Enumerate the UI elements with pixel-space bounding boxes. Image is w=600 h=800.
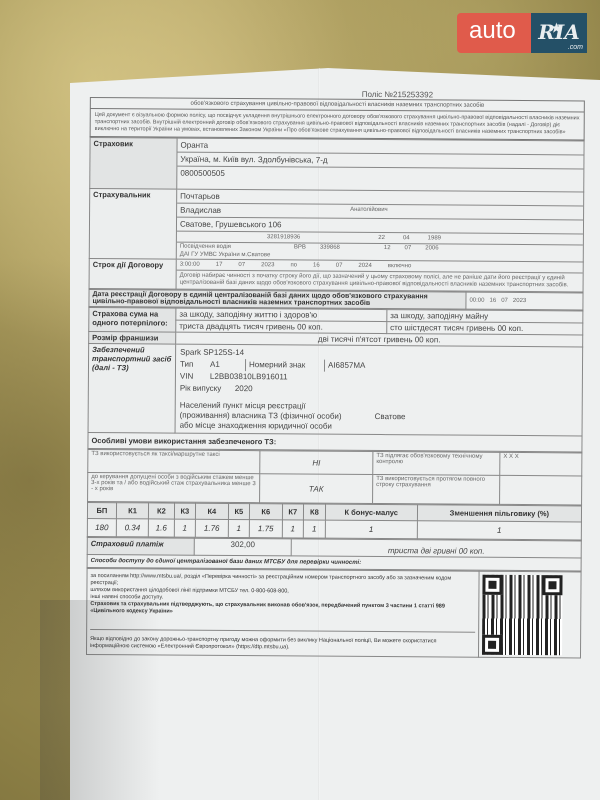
inspection-label: ТЗ підлягає обов'язковому технічному кон…: [373, 451, 500, 475]
vehicle-type: A1: [210, 359, 245, 371]
insurer-table: Страховик Оранта Україна, м. Київ вул. З…: [89, 137, 585, 292]
deductible-label: Розмір франшизи: [89, 331, 176, 344]
vehicle-type-label: Тип: [180, 359, 210, 371]
inexperienced-value: ТАК: [260, 474, 373, 504]
coef-header: К3: [174, 503, 196, 519]
birth-month: 04: [403, 235, 410, 241]
term-note: Договір набирає чинності з початку строк…: [177, 271, 583, 292]
coef-header: К2: [149, 503, 174, 519]
insurer-phone: 0800500505: [177, 167, 583, 183]
birth-year: 1989: [428, 235, 441, 241]
vehicle-year-label: Рік випуску: [180, 383, 235, 395]
inexperienced-label: до керування допущені особи з водійським…: [88, 472, 260, 502]
coef-header: К4: [196, 503, 228, 519]
payment-words: триста дві гривні 00 коп.: [291, 539, 581, 558]
license-series: ВРВ: [294, 244, 306, 250]
vehicle-plate-label: Номерний знак: [245, 359, 324, 372]
payment-amount: 302,00: [194, 538, 291, 556]
term-to-word: по: [290, 262, 297, 268]
payment-label: Страховий платіж: [87, 537, 194, 555]
full-term-value: [500, 475, 582, 505]
license-day: 12: [384, 245, 391, 251]
term-from-year: 2023: [261, 262, 274, 268]
term-from-day: 17: [216, 262, 223, 268]
coef-header: К7: [282, 504, 304, 520]
coef-header: БП: [87, 502, 116, 518]
coef-value: 1: [303, 520, 325, 538]
verification-table: за посиланням http://www.mtsbu.ua/, розд…: [86, 568, 582, 658]
vehicle-vin: L2BB03810LB916011: [210, 371, 288, 384]
coefficients-table: БПК1К2К3К4К5К6К7К8К бонус-малусЗменшення…: [87, 502, 582, 540]
watermark-ria: ★ RIA .com: [531, 13, 587, 53]
registration-year: 2023: [513, 298, 526, 304]
policyholder-name: Владислав: [180, 206, 350, 216]
qr-finder-top-right: [542, 575, 562, 595]
insurer-label: Страховик: [90, 138, 177, 190]
coef-value: 1.6: [149, 519, 174, 537]
taxi-label: ТЗ використовується як таксі/маршрутне т…: [88, 449, 260, 473]
conditions-table: ТЗ використовується як таксі/маршрутне т…: [87, 449, 582, 505]
coef-header: К бонус-малус: [325, 504, 417, 521]
coef-value: 180: [87, 518, 116, 536]
term-from-time: 3:00:00: [180, 262, 200, 268]
vehicle-place: Сватове: [375, 411, 406, 423]
license-label: Посвідчення водія: [180, 244, 280, 251]
coef-header: К8: [304, 504, 326, 520]
coef-header: К6: [250, 504, 282, 520]
registration-day: 16: [489, 298, 496, 304]
coef-value: 1: [417, 521, 581, 540]
coef-header: К5: [228, 503, 250, 519]
term-to-month: 07: [336, 263, 343, 269]
license-month: 07: [405, 245, 412, 251]
sum-insured-table: Страхова сума на одного потерпілого: за …: [88, 307, 584, 436]
term-to-year: 2024: [358, 263, 371, 269]
coef-value: 1: [325, 520, 417, 539]
term-to-day: 16: [313, 263, 320, 269]
coef-header: Зменшення пільговику (%): [417, 505, 581, 522]
coef-value: 0.34: [116, 519, 148, 537]
inspection-value: X X X: [500, 452, 582, 476]
license-year: 2006: [425, 245, 438, 251]
vehicle-plate: AI6857MA: [324, 360, 365, 372]
registration-month: 07: [501, 298, 508, 304]
qr-code[interactable]: [482, 574, 563, 655]
policy-intro: Цей документ є візуальною формою полісу,…: [90, 109, 585, 140]
coef-value: 1.75: [249, 520, 281, 538]
policyholder-label: Страхувальник: [89, 189, 176, 260]
license-number: 339868: [320, 245, 340, 251]
birth-day: 22: [378, 235, 385, 241]
insurance-policy: Поліс №215253392 обов'язкового страхуван…: [86, 80, 585, 658]
taxi-value: НІ: [260, 451, 373, 475]
qr-finder-top-left: [482, 574, 502, 594]
vehicle-vin-label: VIN: [180, 371, 210, 383]
term-label: Строк дії Договору: [89, 258, 176, 289]
coef-value: 1: [174, 519, 196, 537]
watermark-domain: .com: [568, 44, 583, 52]
qr-finder-bottom-left: [482, 634, 502, 654]
shadow-overlay: [40, 600, 160, 800]
vehicle-year: 2020: [235, 383, 253, 395]
policyholder-tax-id: 3281918936: [267, 234, 300, 240]
full-term-label: ТЗ використовується протягом повного стр…: [373, 474, 500, 504]
term-inclusive: включно: [388, 263, 412, 269]
term-from-month: 07: [238, 262, 245, 268]
coef-value: 1: [228, 519, 250, 537]
autoria-watermark: auto ★ RIA .com: [457, 13, 587, 53]
sum-insured-label: Страхова сума на одного потерпілого:: [89, 307, 176, 332]
star-icon: ★: [551, 9, 562, 47]
watermark-auto: auto: [457, 13, 531, 53]
policyholder-patronymic: Анатолійович: [350, 207, 388, 216]
coef-value: 1.76: [195, 519, 227, 537]
vehicle-label: Забезпечений транспортний засіб (далі - …: [88, 343, 176, 433]
coef-header: К1: [116, 503, 148, 519]
coef-value: 1: [282, 520, 304, 538]
registration-time: 00:00: [469, 298, 484, 304]
vehicle-place-label: Населений пункт місця реєстрації (прожив…: [180, 401, 350, 432]
registration-label: Дата реєстрації Договору в єдиній центра…: [89, 289, 466, 309]
